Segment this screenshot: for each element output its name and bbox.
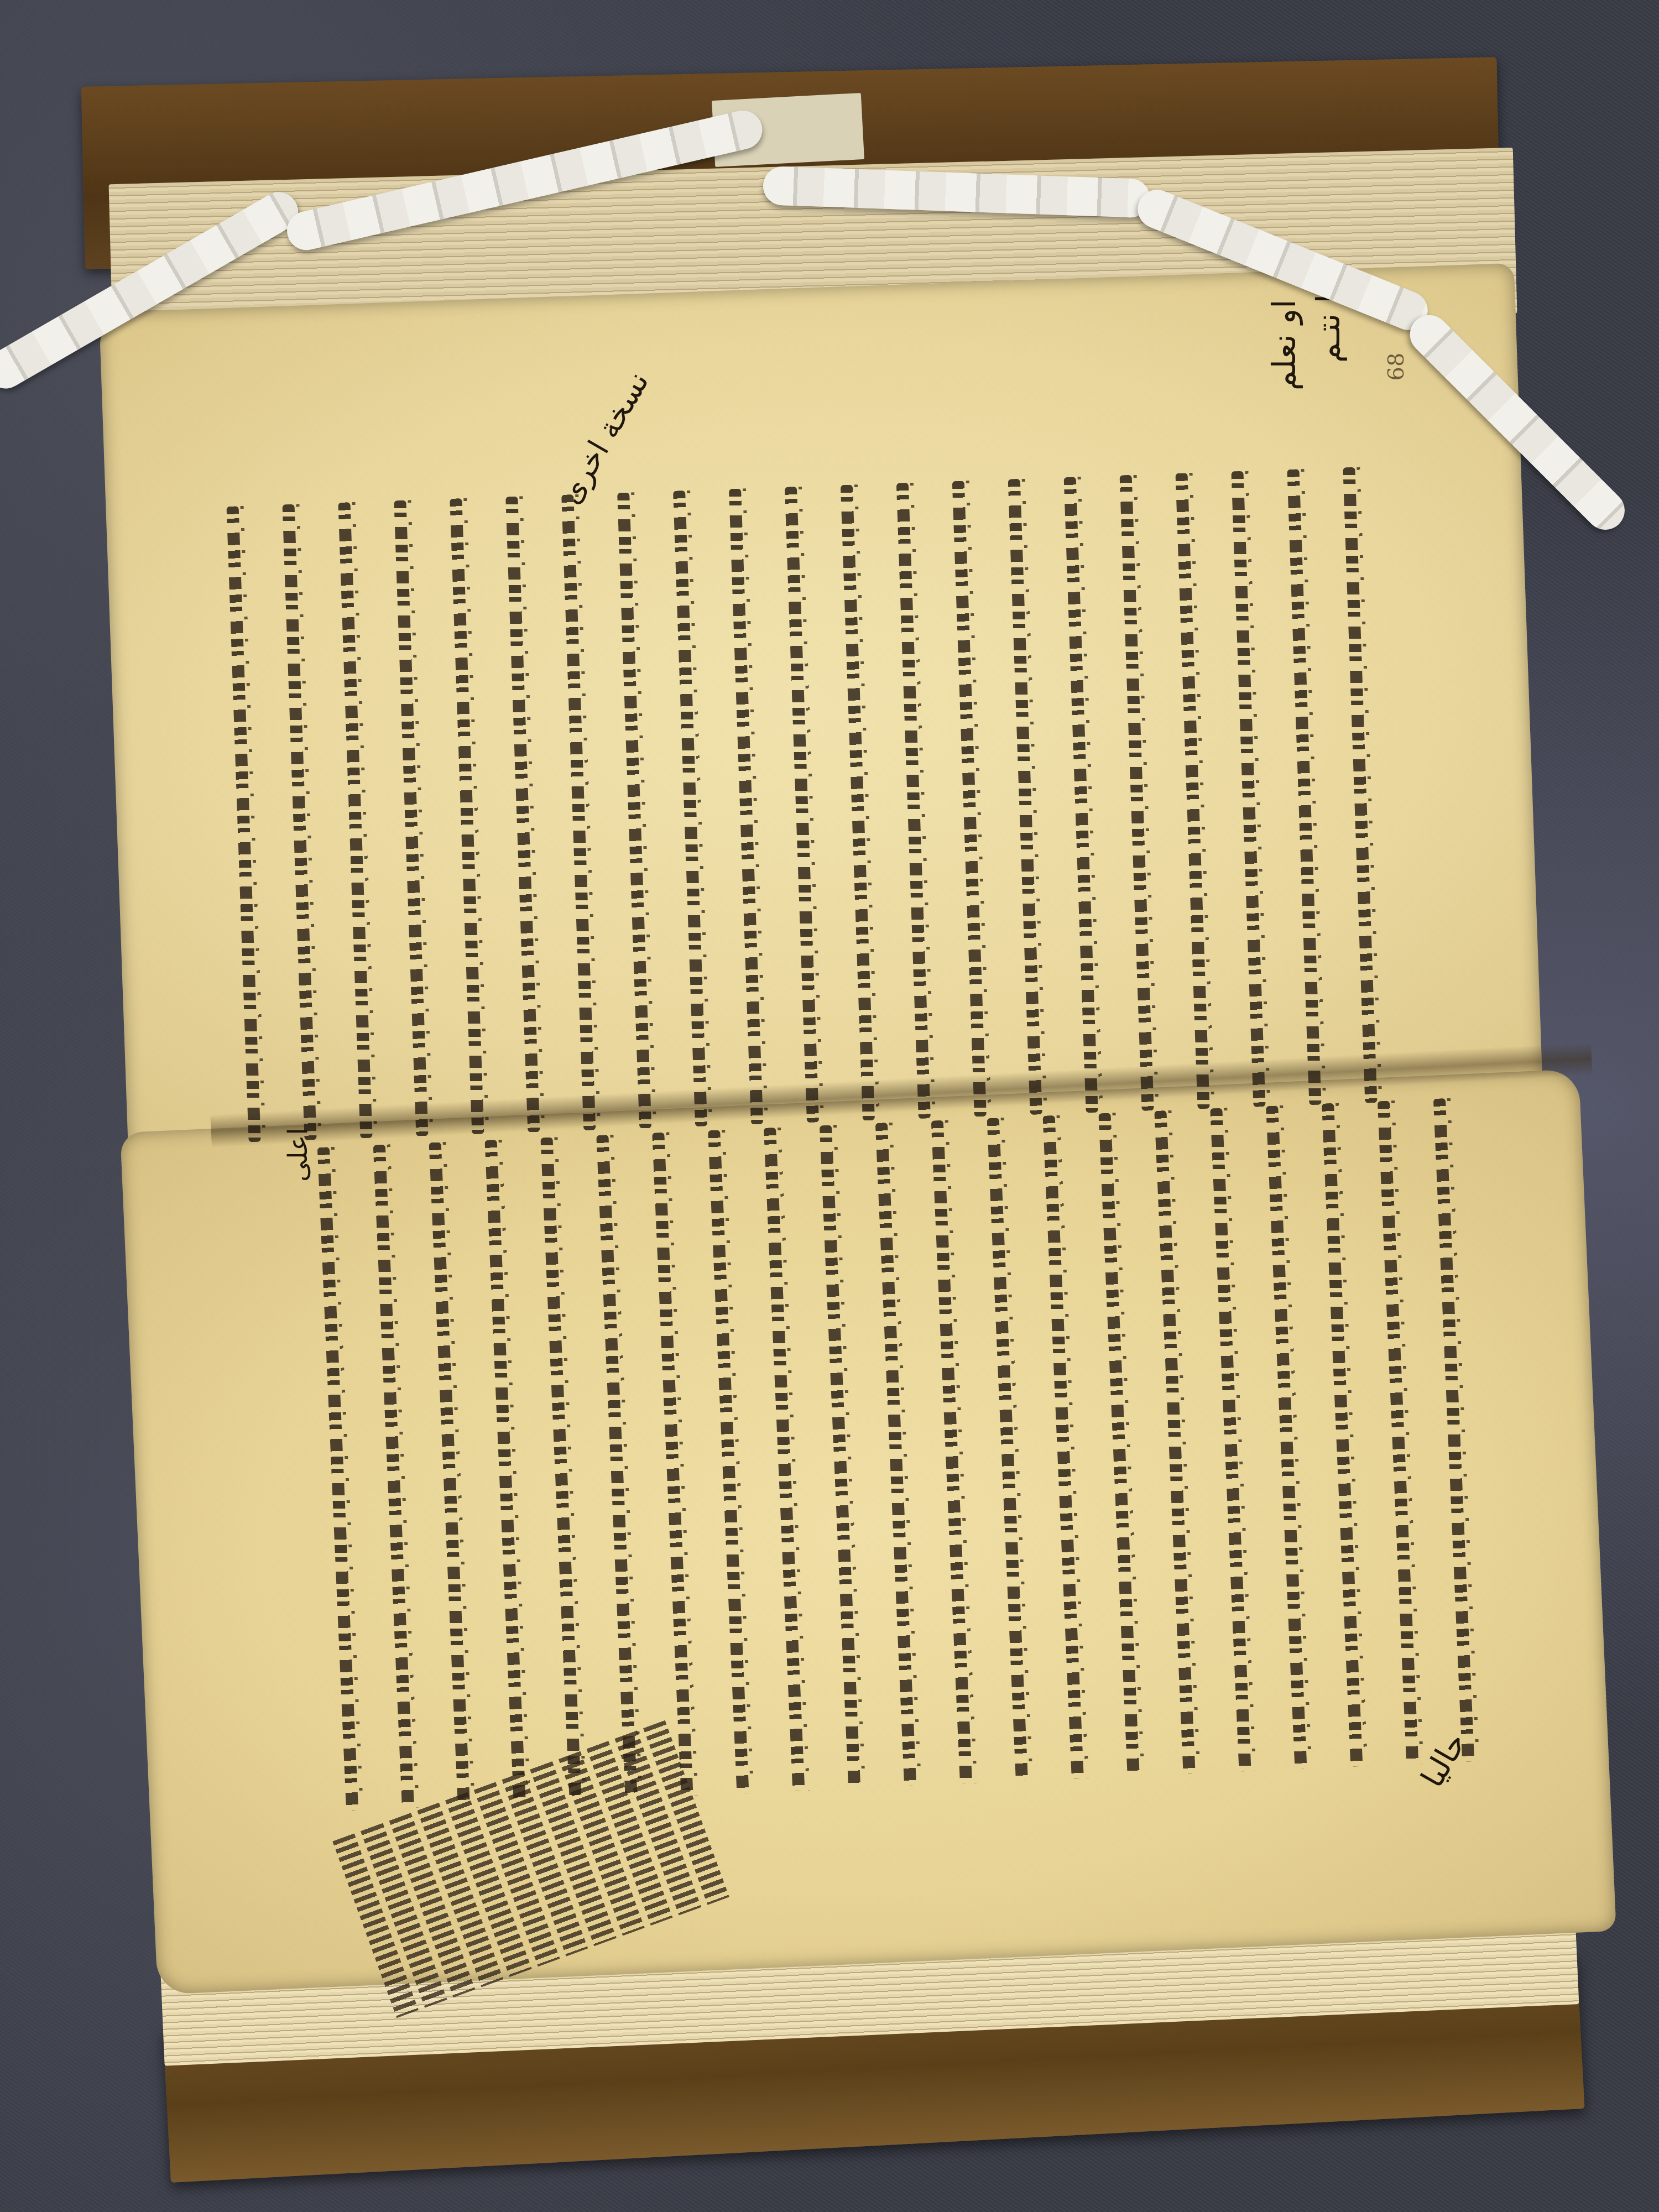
page-mark: اعلى: [283, 1128, 314, 1182]
folio-number: 68: [1384, 353, 1409, 381]
margin-note: او نعلم: [1265, 300, 1303, 390]
upper-page-text-block: [205, 466, 1399, 1142]
lower-page-text-block: [296, 1097, 1496, 1811]
